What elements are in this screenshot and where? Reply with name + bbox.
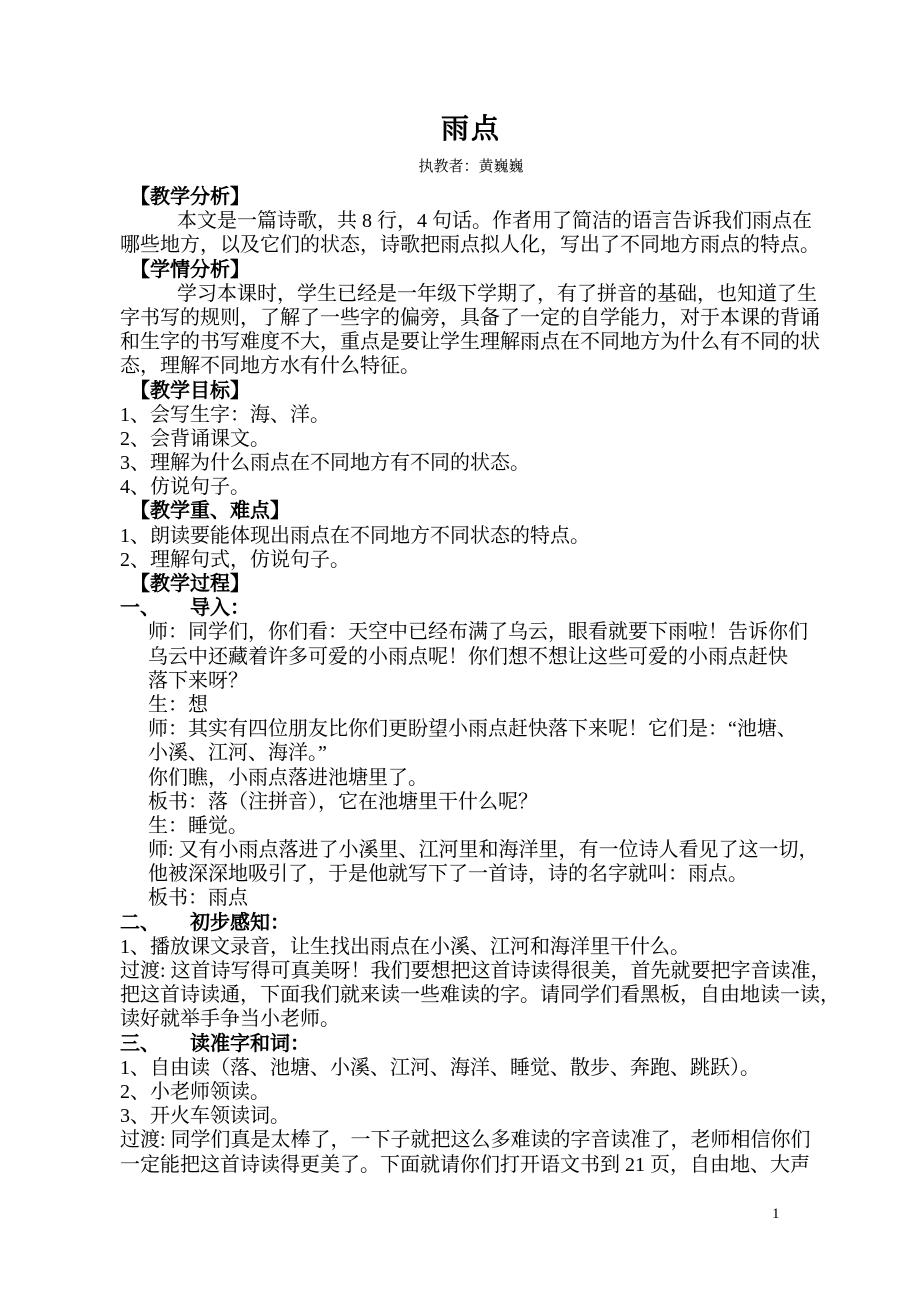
text-line-item: 1、播放课文录音，让生找出雨点在小溪、江河和海洋里干什么。 [120, 935, 822, 959]
text-line-para-first: 本文是一篇诗歌，共 8 行，4 句话。作者用了简洁的语言告诉我们雨点在 [120, 209, 822, 233]
text-line-para: 哪些地方，以及它们的状态，诗歌把雨点拟人化，写出了不同地方雨点的特点。 [120, 233, 822, 257]
text-line-para: 字书写的规则，了解了一些字的偏旁，具备了一定的自学能力，对于本课的背诵 [120, 306, 822, 330]
text-line-section: 二、 初步感知： [120, 911, 822, 935]
text-line-dialogue: 生：想 [120, 693, 822, 717]
text-line-item: 2、理解句式，仿说句子。 [120, 548, 822, 572]
text-line-item: 3、开火车领读词。 [120, 1104, 822, 1128]
text-line-heading: 【教学重、难点】 [120, 499, 822, 523]
text-line-para: 态，理解不同地方水有什么特征。 [120, 354, 822, 378]
text-line-item: 1、朗读要能体现出雨点在不同地方不同状态的特点。 [120, 524, 822, 548]
body-lines: 【教学分析】本文是一篇诗歌，共 8 行，4 句话。作者用了简洁的语言告诉我们雨点… [120, 185, 822, 1177]
text-line-para: 和生字的书写难度不大，重点是要让学生理解雨点在不同地方为什么有不同的状 [120, 330, 822, 354]
text-line-dialogue: 小溪、江河、海洋。” [120, 741, 822, 765]
text-line-item: 2、会背诵课文。 [120, 427, 822, 451]
text-line-heading: 【教学分析】 [120, 185, 822, 209]
text-line-dialogue: 板书：雨点 [120, 886, 822, 910]
text-line-dialogue: 师：其实有四位朋友比你们更盼望小雨点赶快落下来呢！它们是：“池塘、 [120, 717, 822, 741]
document-title: 雨点 [120, 112, 822, 148]
text-line-heading: 【教学目标】 [120, 379, 822, 403]
text-line-dialogue: 乌云中还藏着许多可爱的小雨点呢！你们想不想让这些可爱的小雨点赶快 [120, 645, 822, 669]
text-line-item: 1、自由读（落、池塘、小溪、江河、海洋、睡觉、散步、奔跑、跳跃）。 [120, 1056, 822, 1080]
text-line-item: 2、小老师领读。 [120, 1080, 822, 1104]
text-line-dialogue: 他被深深地吸引了，于是他就写下了一首诗，诗的名字就叫：雨点。 [120, 862, 822, 886]
text-line-dialogue: 板书：落（注拼音），它在池塘里干什么呢？ [120, 790, 822, 814]
text-line-dialogue: 落下来呀？ [120, 669, 822, 693]
text-line-dialogue: 师：同学们，你们看：天空中已经布满了乌云，眼看就要下雨啦！告诉你们 [120, 620, 822, 644]
text-line-item: 读好就举手争当小老师。 [120, 1007, 822, 1031]
text-line-item: 1、会写生字：海、洋。 [120, 403, 822, 427]
text-line-section: 一、 导入： [120, 596, 822, 620]
text-line-item: 过渡: 这首诗写得可真美呀！我们要想把这首诗读得很美，首先就要把字音读准， [120, 959, 822, 983]
text-line-heading: 【学情分析】 [120, 258, 822, 282]
text-line-item: 过渡: 同学们真是太棒了，一下子就把这么多难读的字音读准了，老师相信你们 [120, 1128, 822, 1152]
text-line-para-first: 学习本课时，学生已经是一年级下学期了，有了拼音的基础，也知道了生 [120, 282, 822, 306]
text-line-section: 三、 读准字和词： [120, 1032, 822, 1056]
document-body: 雨点 执教者：黄巍巍 【教学分析】本文是一篇诗歌，共 8 行，4 句话。作者用了… [120, 0, 822, 1177]
text-line-item: 把这首诗读通，下面我们就来读一些难读的字。请同学们看黑板，自由地读一读， [120, 983, 822, 1007]
author-line: 执教者：黄巍巍 [120, 157, 822, 177]
text-line-dialogue: 师: 又有小雨点落进了小溪里、江河里和海洋里，有一位诗人看见了这一切， [120, 838, 822, 862]
text-line-item: 3、理解为什么雨点在不同地方有不同的状态。 [120, 451, 822, 475]
text-line-item: 一定能把这首诗读得更美了。下面就请你们打开语文书到 21 页，自由地、大声 [120, 1153, 822, 1177]
text-line-dialogue: 生：睡觉。 [120, 814, 822, 838]
text-line-item: 4、仿说句子。 [120, 475, 822, 499]
text-line-heading: 【教学过程】 [120, 572, 822, 596]
page-number: 1 [772, 1205, 780, 1223]
document-page: { "page": { "background_color": "#ffffff… [0, 0, 920, 1302]
text-line-dialogue: 你们瞧，小雨点落进池塘里了。 [120, 766, 822, 790]
